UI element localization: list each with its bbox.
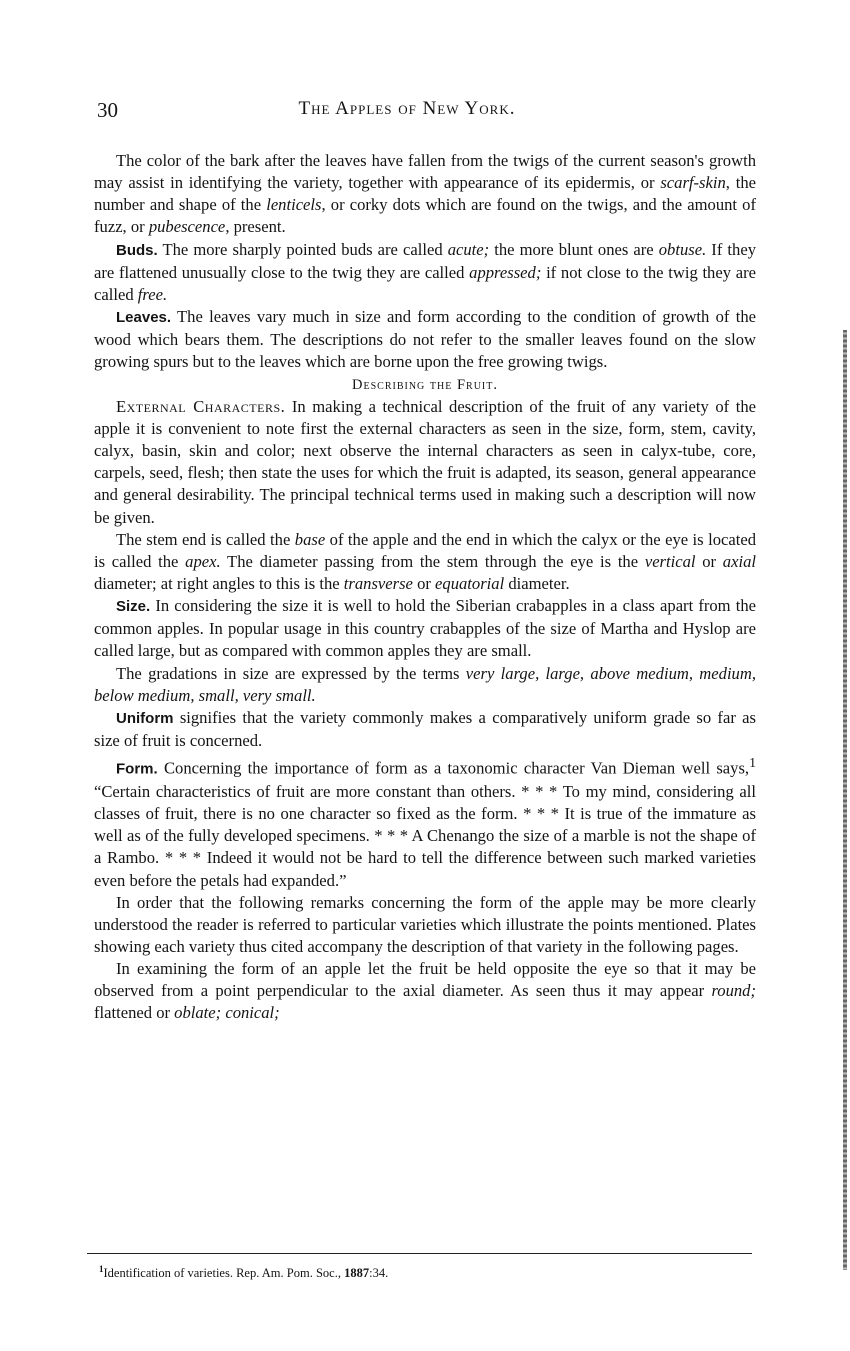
term-obtuse: obtuse. [659,240,706,259]
text: or [413,574,435,593]
text: In considering the size it is well to ho… [94,596,756,660]
text: or [696,552,723,571]
label-uniform: Uniform [116,710,174,727]
quotation: “Certain characteristics of fruit are mo… [94,782,756,890]
paragraph-size: Size. In considering the size it is well… [94,595,756,662]
text: flattened or [94,1003,174,1022]
term-free: free. [138,285,167,304]
text: The stem end is called the [116,530,295,549]
text: diameter. [504,574,569,593]
term-pubescence: pubescence [149,217,225,236]
book-page: 30 The Apples of New York. The color of … [0,0,850,1351]
text: The gradations in size are expressed by … [116,664,466,683]
text: In examining the form of an apple let th… [94,959,756,1000]
text: the more blunt ones are [489,240,659,259]
text: In making a technical description of the… [94,397,756,527]
term-transverse: transverse [344,574,413,593]
label-external-characters: External Characters. [116,397,285,416]
label-leaves: Leaves. [116,309,171,326]
paragraph-gradations: The gradations in size are expressed by … [94,663,756,707]
term-apex: apex. [185,552,220,571]
footnote: 1Identification of varieties. Rep. Am. P… [99,1264,388,1281]
term-scarf-skin: scarf-skin [660,173,725,192]
paragraph-form: Form. Concerning the importance of form … [94,752,756,891]
paragraph-external-characters: External Characters. In making a technic… [94,396,756,529]
text: , present. [225,217,285,236]
text: diameter; at right angles to this is the [94,574,344,593]
paragraph-stem-end: The stem end is called the base of the a… [94,529,756,595]
term-axial: axial [723,552,756,571]
running-title: The Apples of New York. [97,98,717,120]
text: In order that the following remarks conc… [94,893,756,956]
paragraph-examining: In examining the form of an apple let th… [94,958,756,1024]
label-size: Size. [116,598,150,615]
footnote-divider [87,1253,752,1254]
term-acute: acute; [448,240,489,259]
paragraph-in-order: In order that the following remarks conc… [94,892,756,958]
label-buds: Buds. [116,242,158,259]
scan-edge-artifact [843,330,847,1270]
footnote-text: Identification of varieties. Rep. Am. Po… [104,1266,345,1280]
term-appressed: appressed; [469,263,541,282]
label-form: Form. [116,761,158,778]
term-oblate-conical: oblate; conical; [174,1003,280,1022]
text: The diameter passing from the stem throu… [221,552,645,571]
footnote-year: 1887 [344,1266,369,1280]
footnote-page: :34. [369,1266,388,1280]
text: The leaves vary much in size and form ac… [94,307,756,371]
text: The color of the bark after the leaves h… [94,151,756,192]
paragraph-bark-color: The color of the bark after the leaves h… [94,150,756,239]
running-head: 30 The Apples of New York. [97,98,757,128]
footnote-reference: 1 [749,755,756,770]
paragraph-leaves: Leaves. The leaves vary much in size and… [94,306,756,373]
section-heading: Describing the Fruit. [94,374,756,396]
text: Concerning the importance of form as a t… [158,759,749,778]
term-round: round; [711,981,756,1000]
paragraph-uniform: Uniform signifies that the variety commo… [94,707,756,752]
term-equatorial: equatorial [435,574,504,593]
term-vertical: vertical [645,552,696,571]
body-text: The color of the bark after the leaves h… [94,150,756,1025]
text: The more sharply pointed buds are called [158,240,448,259]
term-lenticels: lenticels [266,195,321,214]
text: signifies that the variety commonly make… [94,708,756,750]
term-base: base [295,530,325,549]
paragraph-buds: Buds. The more sharply pointed buds are … [94,239,756,306]
